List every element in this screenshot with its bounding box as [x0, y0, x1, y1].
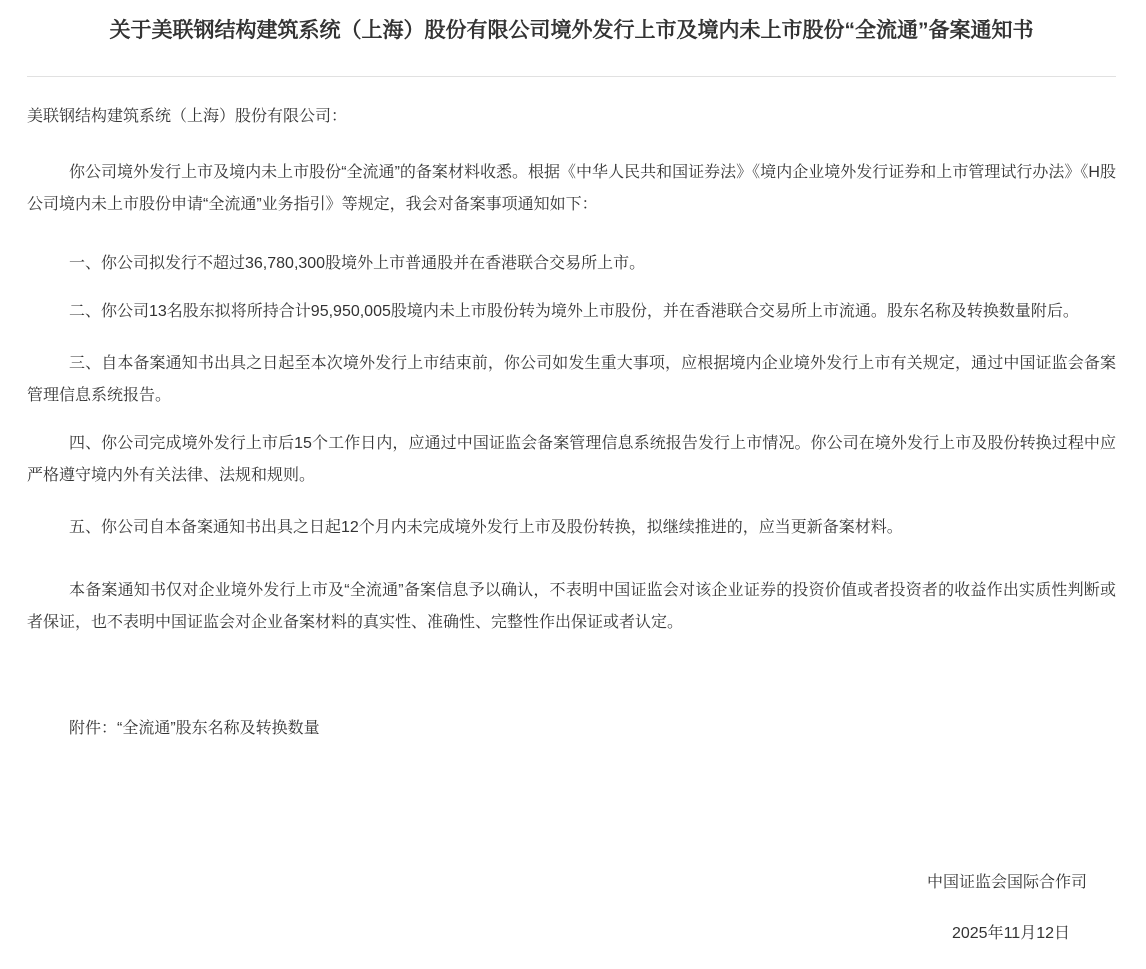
salutation-line: 美联钢结构建筑系统（上海）股份有限公司： [27, 101, 1116, 133]
notice-item-4: 四、你公司完成境外发行上市后15个工作日内，应通过中国证监会备案管理信息系统报告… [27, 428, 1116, 492]
attachment-line: 附件：“全流通”股东名称及转换数量 [27, 713, 1116, 745]
document-title: 关于美联钢结构建筑系统（上海）股份有限公司境外发行上市及境内未上市股份“全流通”… [27, 16, 1116, 46]
issue-date: 2025年11月12日 [27, 918, 1116, 950]
notice-document: 关于美联钢结构建筑系统（上海）股份有限公司境外发行上市及境内未上市股份“全流通”… [0, 0, 1146, 969]
closing-paragraph: 本备案通知书仅对企业境外发行上市及“全流通”备案信息予以确认，不表明中国证监会对… [27, 575, 1116, 639]
intro-paragraph: 你公司境外发行上市及境内未上市股份“全流通”的备案材料收悉。根据《中华人民共和国… [27, 157, 1116, 221]
notice-item-3: 三、自本备案通知书出具之日起至本次境外发行上市结束前，你公司如发生重大事项，应根… [27, 348, 1116, 412]
notice-item-5: 五、你公司自本备案通知书出具之日起12个月内未完成境外发行上市及股份转换，拟继续… [27, 512, 1116, 544]
title-divider [27, 76, 1116, 77]
issuer-signature: 中国证监会国际合作司 [27, 867, 1116, 899]
notice-item-2: 二、你公司13名股东拟将所持合计95,950,005股境内未上市股份转为境外上市… [27, 296, 1116, 328]
notice-item-1: 一、你公司拟发行不超过36,780,300股境外上市普通股并在香港联合交易所上市… [27, 248, 1116, 280]
